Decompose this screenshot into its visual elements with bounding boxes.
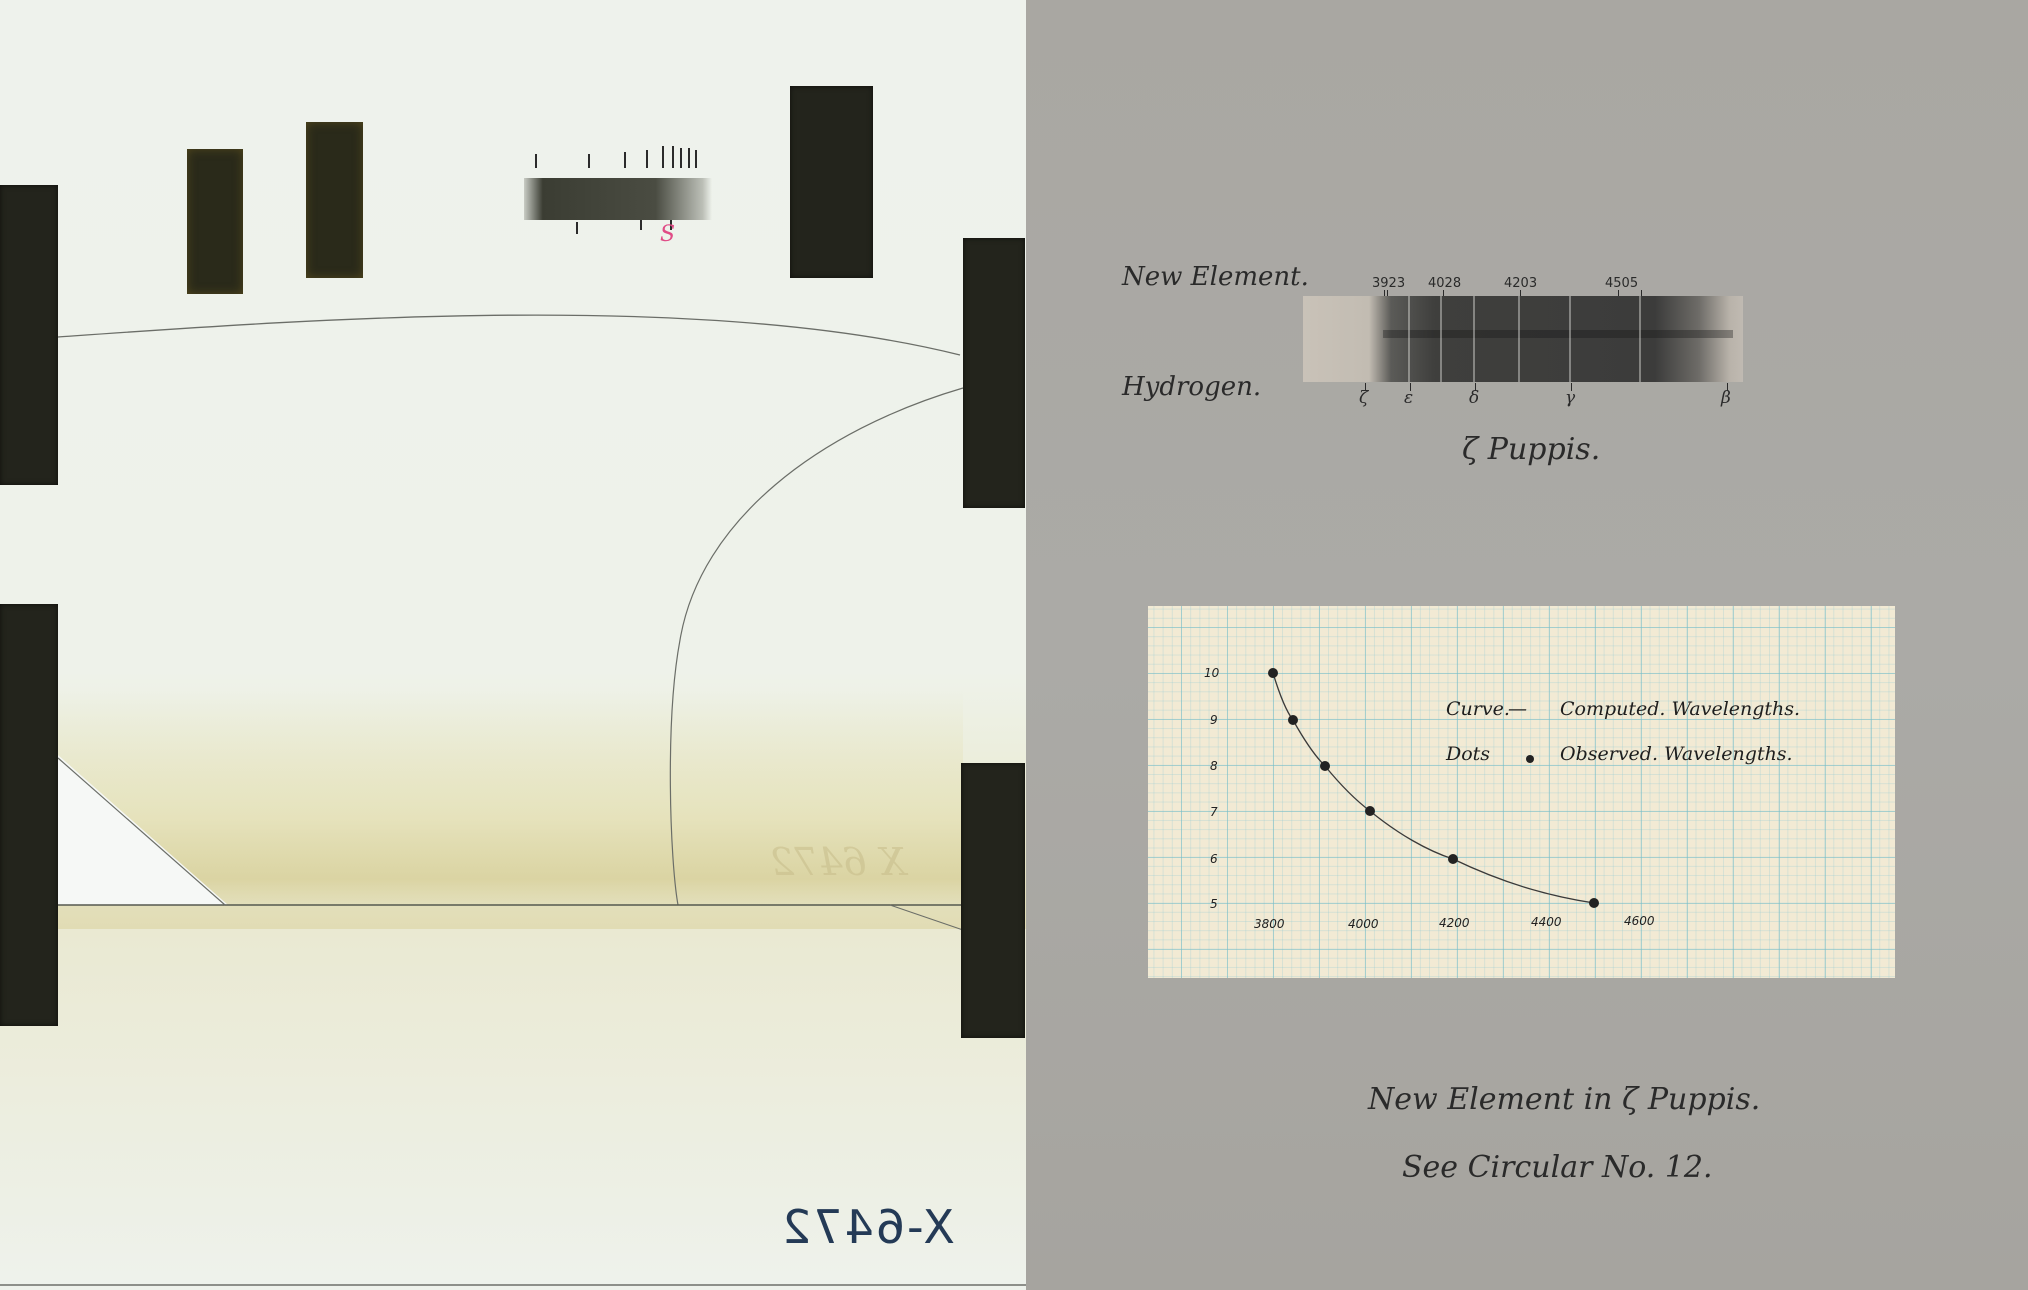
hydrogen-epsilon: ε xyxy=(1404,388,1413,408)
tape-strip xyxy=(961,763,1025,1038)
plate-tick xyxy=(624,152,626,168)
board-title: New Element in ζ Puppis. xyxy=(1368,1082,1760,1117)
x-tick-label: 4600 xyxy=(1624,914,1655,928)
wavelength-label: 4505 xyxy=(1605,276,1638,291)
wavelength-chart: 10 9 8 7 6 5 3800 4000 4200 4400 4600 xyxy=(1148,606,1895,978)
spectrum-line xyxy=(1639,296,1641,382)
spectrum-line xyxy=(1473,296,1475,382)
hydrogen-zeta: ζ xyxy=(1359,388,1368,408)
legend-curve-label: Curve. xyxy=(1446,698,1510,720)
legend-curve-text: Computed. Wavelengths. xyxy=(1560,698,1800,720)
legend-dot-icon xyxy=(1526,755,1534,763)
observed-dot xyxy=(1268,668,1278,678)
plate-tick xyxy=(588,154,590,168)
plate-tick xyxy=(688,148,690,168)
plate-spectrum-negative xyxy=(524,178,712,220)
hydrogen-label: Hydrogen. xyxy=(1122,372,1261,402)
observed-dot xyxy=(1365,806,1375,816)
wavelength-label: 4203 xyxy=(1504,276,1537,291)
observed-dot xyxy=(1448,854,1458,864)
spectrum-line xyxy=(1408,296,1410,382)
legend-dots-text: Observed. Wavelengths. xyxy=(1560,743,1793,765)
y-tick-label: 5 xyxy=(1210,897,1218,911)
plate-tick xyxy=(672,146,674,168)
observed-dot xyxy=(1589,898,1599,908)
spectrum-line xyxy=(1440,296,1442,382)
spectrum-line xyxy=(1518,296,1520,382)
y-tick-label: 9 xyxy=(1210,713,1218,727)
faint-plate-number: X 6472 xyxy=(770,840,906,884)
hydrogen-gamma: γ xyxy=(1565,388,1575,408)
pink-ink-mark: S xyxy=(660,222,675,247)
legend-dash: — xyxy=(1508,698,1527,720)
plate-tick xyxy=(662,146,664,168)
plate-tick xyxy=(576,222,578,234)
tape-strip xyxy=(0,185,58,485)
plate-tick xyxy=(535,154,537,168)
observed-dot xyxy=(1288,715,1298,725)
x-tick-label: 4000 xyxy=(1348,917,1379,931)
spectrum-photograph xyxy=(1303,296,1743,382)
spectrum-line xyxy=(1569,296,1571,382)
y-tick-label: 8 xyxy=(1210,759,1218,773)
mirrored-plate-number: X-6472 xyxy=(780,1200,955,1254)
tape-strip xyxy=(187,149,243,294)
y-tick-label: 7 xyxy=(1210,805,1218,819)
computed-curve xyxy=(1273,673,1594,903)
tape-strip xyxy=(790,86,873,278)
wavelength-label: 3923 xyxy=(1372,276,1405,291)
tape-strip xyxy=(306,122,363,278)
legend-dots-label: Dots xyxy=(1446,743,1490,765)
spectrum-caption: ζ Puppis. xyxy=(1462,432,1600,467)
tape-strip xyxy=(0,604,58,1026)
board-reference: See Circular No. 12. xyxy=(1402,1150,1713,1185)
x-tick-label: 4400 xyxy=(1531,915,1562,929)
y-tick-label: 6 xyxy=(1210,852,1218,866)
plate-tick xyxy=(640,220,642,230)
y-tick-label: 10 xyxy=(1204,666,1220,680)
hydrogen-beta: β xyxy=(1721,388,1731,408)
new-element-label: New Element. xyxy=(1122,262,1309,292)
chart-card: 10 9 8 7 6 5 3800 4000 4200 4400 4600 Cu… xyxy=(1148,606,1895,978)
plate-tick xyxy=(680,148,682,168)
hydrogen-delta: δ xyxy=(1469,388,1479,408)
plate-tick xyxy=(646,150,648,168)
observed-dot xyxy=(1320,761,1330,771)
x-tick-label: 3800 xyxy=(1254,917,1285,931)
spectrum-band xyxy=(1383,330,1733,338)
plate-tick xyxy=(695,150,697,168)
wavelength-label: 4028 xyxy=(1428,276,1461,291)
x-tick-label: 4200 xyxy=(1439,916,1470,930)
tape-strip xyxy=(963,238,1025,508)
